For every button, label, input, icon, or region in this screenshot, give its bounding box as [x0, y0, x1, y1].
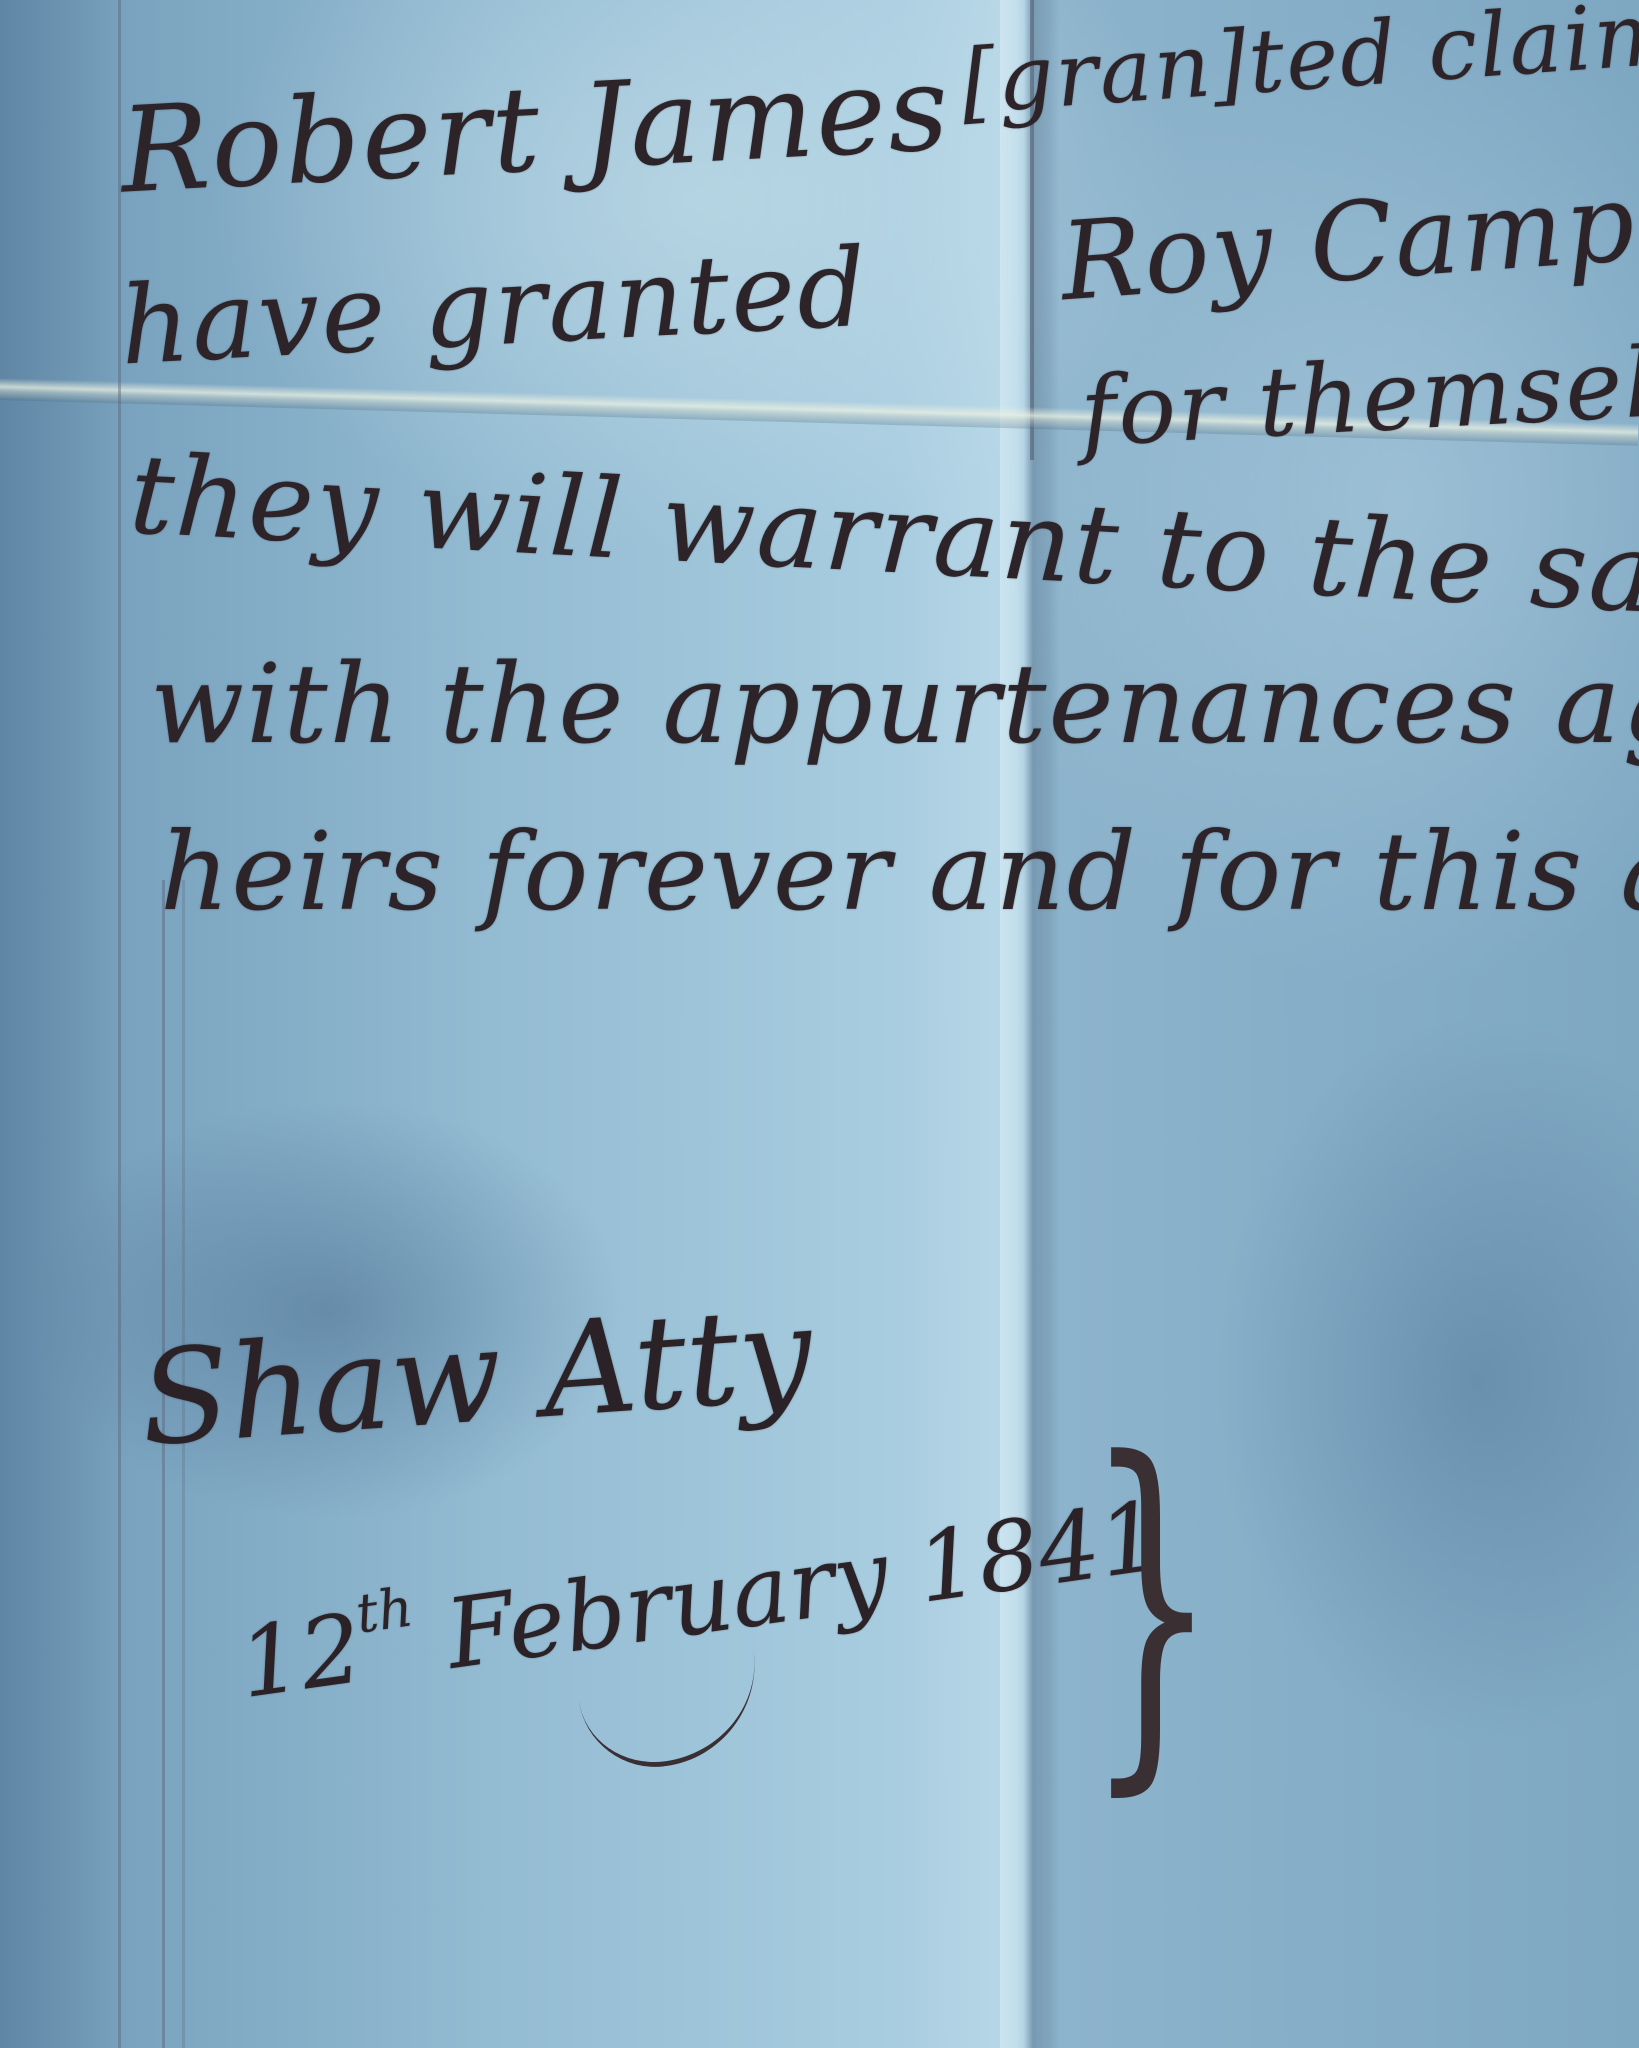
handwritten-line: heirs forever and for this a[...]: [160, 810, 1639, 935]
handwritten-line: with the appurtenances ag[ainst]: [150, 640, 1639, 768]
pen-flourish: [572, 1628, 768, 1777]
date-suffix: th: [352, 1575, 417, 1645]
document-photo: [gran]ted claim[...] Robert James Roy Ca…: [0, 0, 1639, 2048]
signature: Shaw Atty: [136, 1277, 817, 1476]
handwritten-line: for themselve[s]: [1078, 314, 1639, 469]
date-day: 12: [232, 1592, 369, 1720]
handwritten-line: have granted: [117, 226, 871, 390]
brace-mark: }: [1085, 1415, 1218, 1795]
handwritten-line: Robert James: [117, 38, 954, 219]
handwritten-line: Roy Campb[ell]: [1057, 140, 1639, 326]
handwritten-line: they will warrant to the sa[me]: [127, 430, 1639, 652]
